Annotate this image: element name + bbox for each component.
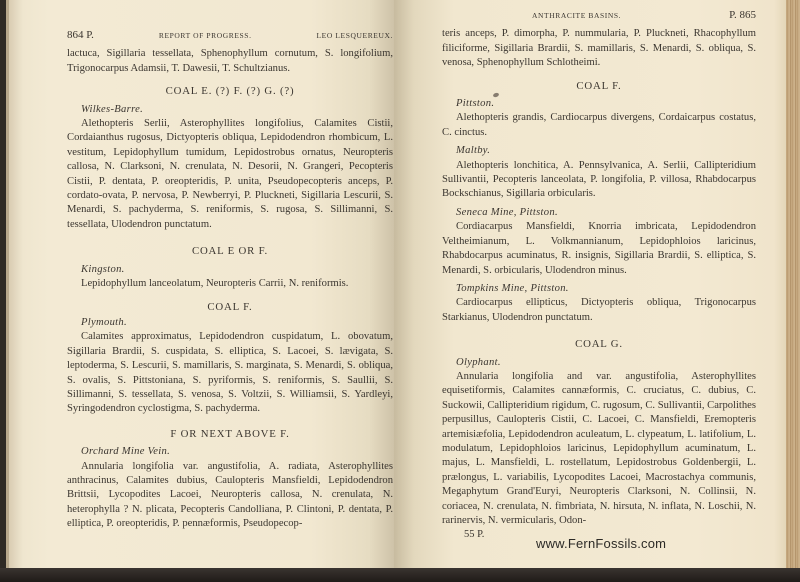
left-running-head: 864 P. REPORT OF PROGRESS. LEO LESQUEREU… [67,28,393,43]
locality-label: Plymouth. [81,316,393,330]
locality-label: Seneca Mine, Pittston. [456,206,756,220]
species-list: Annularia longifolia var. angustifolia, … [67,460,393,532]
right-page: ANTHRACITE BASINS. P. 865 teris anceps, … [394,0,786,570]
running-head-title: ANTHRACITE BASINS. [532,9,621,23]
running-head-title: REPORT OF PROGRESS. [159,29,252,43]
section-heading: COAL G. [442,337,756,351]
running-head-author: LEO LESQUEREUX. [317,29,394,43]
section-heading: COAL E. (?) F. (?) G. (?) [67,84,393,98]
left-page: 864 P. REPORT OF PROGRESS. LEO LESQUEREU… [6,0,397,570]
page-edges [786,0,800,572]
species-list: Alethopteris grandis, Cardiocarpus diver… [442,111,756,140]
locality-label: Maltby. [456,144,756,158]
left-page-number: 864 P. [67,28,94,42]
right-running-head: ANTHRACITE BASINS. P. 865 [532,8,756,23]
species-list: Alethopteris Serlii, Asterophyllites lon… [67,117,393,232]
watermark-link: www.FernFossils.com [536,536,666,551]
species-list: Calamites approximatus, Lepidodendron cu… [67,330,393,416]
species-list: Lepidophyllum lanceolatum, Neuropteris C… [67,277,393,291]
locality-label: Wilkes-Barre. [81,103,393,117]
right-page-content: ANTHRACITE BASINS. P. 865 teris anceps, … [442,8,756,543]
right-page-number: P. 865 [729,8,756,22]
section-heading: COAL F. [67,300,393,314]
continuation-text: teris anceps, P. dimorpha, P. nummularia… [442,27,756,70]
locality-label: Olyphant. [456,356,756,370]
species-list: Cordiacarpus Mansfieldi, Knorria imbrica… [442,220,756,278]
species-list: Annularia longifolia and var. angustifol… [442,370,756,528]
species-list: Cardiocarpus ellipticus, Dictyopteris ob… [442,296,756,325]
book-spread: 864 P. REPORT OF PROGRESS. LEO LESQUEREU… [0,0,800,572]
section-heading: COAL F. [442,79,756,93]
locality-label: Orchard Mine Vein. [81,445,393,459]
section-heading: COAL E OR F. [67,244,393,258]
left-page-content: 864 P. REPORT OF PROGRESS. LEO LESQUEREU… [67,28,393,532]
species-list: Alethopteris lonchitica, A. Pennsylvanic… [442,159,756,202]
section-heading: F OR NEXT ABOVE F. [67,427,393,441]
locality-label: Pittston. [456,97,756,111]
locality-label: Kingston. [81,263,393,277]
bottom-shadow [0,568,800,582]
continuation-text: lactuca, Sigillaria tessellata, Sphenoph… [67,47,393,76]
locality-label: Tompkins Mine, Pittston. [456,282,756,296]
